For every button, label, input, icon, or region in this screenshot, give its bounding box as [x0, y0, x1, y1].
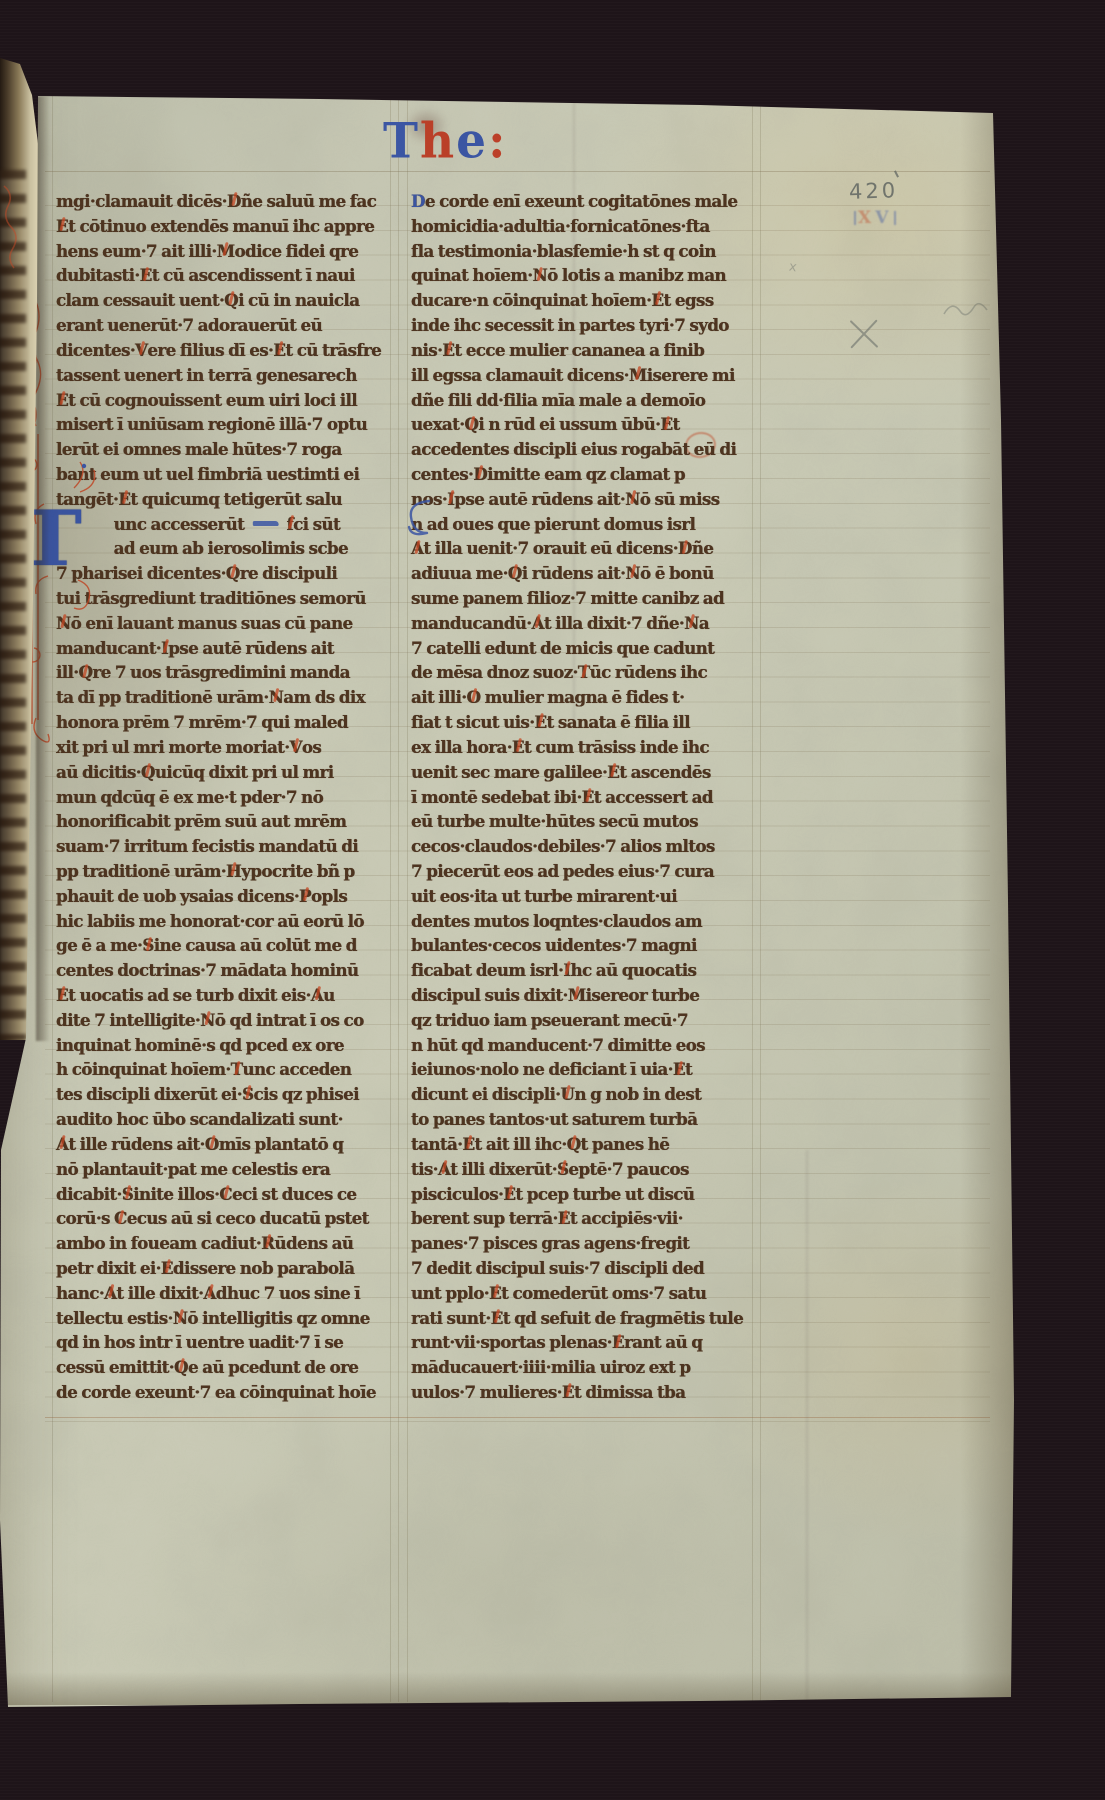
text-line: inde ihc secessit in partes tyri·7 sydo: [411, 313, 753, 338]
text-line: pisciculos·Et pcep turbe ut discū: [411, 1182, 753, 1207]
text-line: De corde enī exeunt cogitatōnes male: [411, 189, 753, 214]
text-line: ex illa hora·Et cum trāsiss inde ihc: [411, 735, 753, 760]
text-line: ill egssa clamauit dicens·Miserere mi: [411, 363, 753, 388]
pencil-cross-mark: [845, 314, 881, 354]
text-line: adiuua me·Qi rūdens ait·Nō ē bonū: [411, 561, 753, 586]
text-line: suam·7 irritum fecistis mandatū di: [56, 834, 390, 859]
text-line: berent sup terrā·Et accipiēs·vii·: [411, 1206, 753, 1231]
text-line: mun qdcūq ē ex me·t pder·7 nō: [56, 785, 390, 810]
text-line: At ille rūdens ait·Omīs plantatō q: [56, 1132, 390, 1157]
text-line: tangēt·Et quicumq tetigerūt salu: [56, 487, 390, 512]
text-line: ta dī pp traditionē urām·Nam ds dix: [56, 685, 390, 710]
parchment-crease: [806, 1150, 808, 1700]
text-line: ieiunos·nolo ne deficiant ī uia·Et: [411, 1057, 753, 1082]
text-line: tellectu estis·Nō intelligitis qz omne: [56, 1306, 390, 1331]
text-line: uulos·7 mulieres·Et dimissa tba: [411, 1380, 753, 1405]
text-line: hens eum·7 ait illi·Modice fidei qre: [56, 239, 390, 264]
text-line: dñe fili dd·filia mīa male a demoīo: [411, 388, 753, 413]
blue-line-filler: [252, 521, 278, 526]
text-line: aū dicitis·Quicūq dixit pri ul mri: [56, 760, 390, 785]
ruling-vertical: [398, 96, 399, 1702]
text-line: fiat t sicut uis·Et sanata ē filia ill: [411, 710, 753, 735]
text-line: phauit de uob ysaias dicens·Popls: [56, 884, 390, 909]
ruling-vertical: [407, 96, 408, 1702]
text-line: 7 pharisei dicentes·Qre discipuli: [56, 561, 390, 586]
page-edge-shading-right: [960, 108, 1014, 1703]
text-line: cecos·claudos·debiles·7 alios mltos: [411, 834, 753, 859]
blue-paraph-mark: [405, 497, 433, 541]
text-line: ait illi·O mulier magna ē fides t·: [411, 685, 753, 710]
text-line: honorificabit prēm suū aut mrēm: [56, 809, 390, 834]
text-line: dentes mutos loqntes·claudos am: [411, 909, 753, 934]
fore-edge-text-blur: [0, 170, 26, 1040]
text-line: manducant·Ipse autē rūdens ait: [56, 636, 390, 661]
text-line: manducandū·At illa dixit·7 dñe·Na: [411, 611, 753, 636]
text-line: de corde exeunt·7 ea cōinquinat hoīe: [56, 1380, 390, 1405]
text-line: tantā·Et ait ill ihc·Qt panes hē: [411, 1132, 753, 1157]
text-line: Nō enī lauant manus suas cū pane: [56, 611, 390, 636]
text-line: clam cessauit uent·Qi cū in nauicla: [56, 288, 390, 313]
text-line: ge ē a me·Sine causa aū colūt me d: [56, 933, 390, 958]
text-line: panes·7 pisces gras agens·fregit: [411, 1231, 753, 1256]
running-title-letter: T: [383, 115, 420, 169]
text-line: rati sunt·Et qd sefuit de fragmētis tule: [411, 1306, 753, 1331]
text-line: hanc·At ille dixit·Adhuc 7 uos sine ī: [56, 1281, 390, 1306]
text-line: tui trāsgrediunt traditiōnes semorū: [56, 586, 390, 611]
text-line: ill·Qre 7 uos trāsgredimini manda: [56, 660, 390, 685]
text-line: hic labiis me honorat·cor aū eorū lō: [56, 909, 390, 934]
text-line: to panes tantos·ut saturem turbā: [411, 1107, 753, 1132]
erased-numeral-letter: X: [858, 208, 875, 228]
manuscript-page: The: 420 XV x mgi·clamauit dicēs·Dñe sal…: [0, 0, 1105, 1800]
text-line: Et uocatis ad se turb dixit eis·Au: [56, 983, 390, 1008]
pencil-folio-number: 420: [849, 178, 899, 204]
gutter-shadow: [36, 96, 50, 1041]
text-line: cessū emittit·Qe aū pcedunt de ore: [56, 1355, 390, 1380]
text-line: tis·At illi dixerūt·Septē·7 paucos: [411, 1157, 753, 1182]
text-line: dicabit·Sinite illos·Ceci st duces ce: [56, 1182, 390, 1207]
text-line: n ad oues que pierunt domus isrl: [411, 512, 753, 537]
text-line: de mēsa dnoz suoz·Tūc rūdens ihc: [411, 660, 753, 685]
erased-numeral-letter: V: [875, 208, 892, 228]
text-line: homicidia·adultia·fornicatōnes·fta: [411, 214, 753, 239]
text-line: erant uenerūt·7 adorauerūt eū: [56, 313, 390, 338]
text-line: discipul suis dixit·Misereor turbe: [411, 983, 753, 1008]
text-line: quinat hoīem·Nō lotis a manibz man: [411, 263, 753, 288]
text-line: dite 7 intelligite·Nō qd intrat ī os co: [56, 1008, 390, 1033]
text-line: ī montē sedebat ibi·Et accessert ad: [411, 785, 753, 810]
text-line: Et cū cognouissent eum uiri loci ill: [56, 388, 390, 413]
text-line: uit eos·ita ut turbe mirarent·ui: [411, 884, 753, 909]
erased-chapter-numeral: XV: [852, 208, 898, 228]
text-line: audito hoc ūbo scandalizati sunt·: [56, 1107, 390, 1132]
text-line: dubitasti·Et cū ascendissent ī naui: [56, 263, 390, 288]
photo-backdrop: The: 420 XV x mgi·clamauit dicēs·Dñe sal…: [0, 0, 1105, 1800]
text-line: lerūt ei omnes male hūtes·7 roga: [56, 437, 390, 462]
running-title-letter: e: [456, 115, 488, 169]
text-line: centes doctrinas·7 mādata hominū: [56, 958, 390, 983]
text-line: fla testimonia·blasfemie·h st q coin: [411, 239, 753, 264]
text-line: bant eum ut uel fimbriā uestimti ei: [56, 462, 390, 487]
text-line: h cōinquinat hoīem·Tunc acceden: [56, 1057, 390, 1082]
text-line: ad eum ab ierosolimis scbe: [56, 536, 390, 561]
small-pencil-x-mark: x: [788, 260, 798, 276]
text-line: accedentes discipli eius rogabāt eū di: [411, 437, 753, 462]
text-line: pp traditionē urām·Hypocrite bñ p: [56, 859, 390, 884]
text-line: inquinat hominē·s qd pced ex ore: [56, 1033, 390, 1058]
text-line: unc accesserūt fci sūt: [56, 512, 390, 537]
text-line: xit pri ul mri morte moriat·Vos: [56, 735, 390, 760]
text-line: eū turbe multe·hūtes secū mutos: [411, 809, 753, 834]
text-line: centes·Dimitte eam qz clamat p: [411, 462, 753, 487]
text-line: misert ī uniūsam regionē illā·7 optu: [56, 412, 390, 437]
text-line: 7 dedit discipul suis·7 discipli ded: [411, 1256, 753, 1281]
text-line: honora prēm 7 mrēm·7 qui maled: [56, 710, 390, 735]
text-line: dicunt ei discipli·Un g nob in dest: [411, 1082, 753, 1107]
text-line: dicentes·Vere filius dī es·Et cū trāsfre: [56, 338, 390, 363]
text-column-right: De corde enī exeunt cogitatōnes malehomi…: [411, 189, 755, 1405]
text-line: tassent uenert in terrā genesarech: [56, 363, 390, 388]
text-line: sume panem filioz·7 mitte canibz ad: [411, 586, 753, 611]
text-line: nō plantauit·pat me celestis era: [56, 1157, 390, 1182]
ruling-bottom-line: [45, 1417, 990, 1418]
text-line: Et cōtinuo extendēs manuī ihc appre: [56, 214, 390, 239]
text-line: corū·s Cecus aū si ceco ducatū pstet: [56, 1206, 390, 1231]
fore-edge-red-flourish: [0, 182, 22, 272]
text-line: mgi·clamauit dicēs·Dñe saluū me fac: [56, 189, 390, 214]
text-line: n hūt qd manducent·7 dimitte eos: [411, 1033, 753, 1058]
text-line: qd in hos intr ī uentre uadit·7 ī se: [56, 1330, 390, 1355]
running-title: The:: [383, 116, 507, 168]
text-line: māducauert·iiii·milia uiroz ext p: [411, 1355, 753, 1380]
text-line: runt·vii·sportas plenas·Erant aū q: [411, 1330, 753, 1355]
text-line: 7 piecerūt eos ad pedes eius·7 cura: [411, 859, 753, 884]
running-title-letter: h: [420, 115, 456, 169]
text-line: qz triduo iam pseuerant mecū·7: [411, 1008, 753, 1033]
text-line: uenit sec mare galilee·Et ascendēs: [411, 760, 753, 785]
ruling-header-line: [45, 171, 990, 172]
text-column-left: mgi·clamauit dicēs·Dñe saluū me facEt cō…: [56, 189, 392, 1405]
text-line: petr dixit ei·Edissere nob parabolā: [56, 1256, 390, 1281]
text-line: unt pplo·Et comederūt oms·7 satu: [411, 1281, 753, 1306]
text-line: nis·Et ecce mulier cananea a finib: [411, 338, 753, 363]
text-line: ficabat deum isrl·Ihc aū quocatis: [411, 958, 753, 983]
text-line: At illa uenit·7 orauit eū dicens·Dñe: [411, 536, 753, 561]
text-line: tes discipli dixerūt ei·Scis qz phisei: [56, 1082, 390, 1107]
text-line: 7 catelli edunt de micis que cadunt: [411, 636, 753, 661]
text-line: bulantes·cecos uidentes·7 magni: [411, 933, 753, 958]
text-line: ambo in foueam cadiut·Rūdens aū: [56, 1231, 390, 1256]
text-line: ducare·n cōinquinat hoīem·Et egss: [411, 288, 753, 313]
page-edge-shading-bottom: [0, 1672, 1014, 1705]
text-line: nos·Ipse autē rūdens ait·Nō sū miss: [411, 487, 753, 512]
text-line: uexat·Qi n rūd ei ussum ūbū·Et: [411, 412, 753, 437]
running-title-letter: :: [488, 115, 507, 169]
ruling-vertical: [760, 96, 761, 1702]
